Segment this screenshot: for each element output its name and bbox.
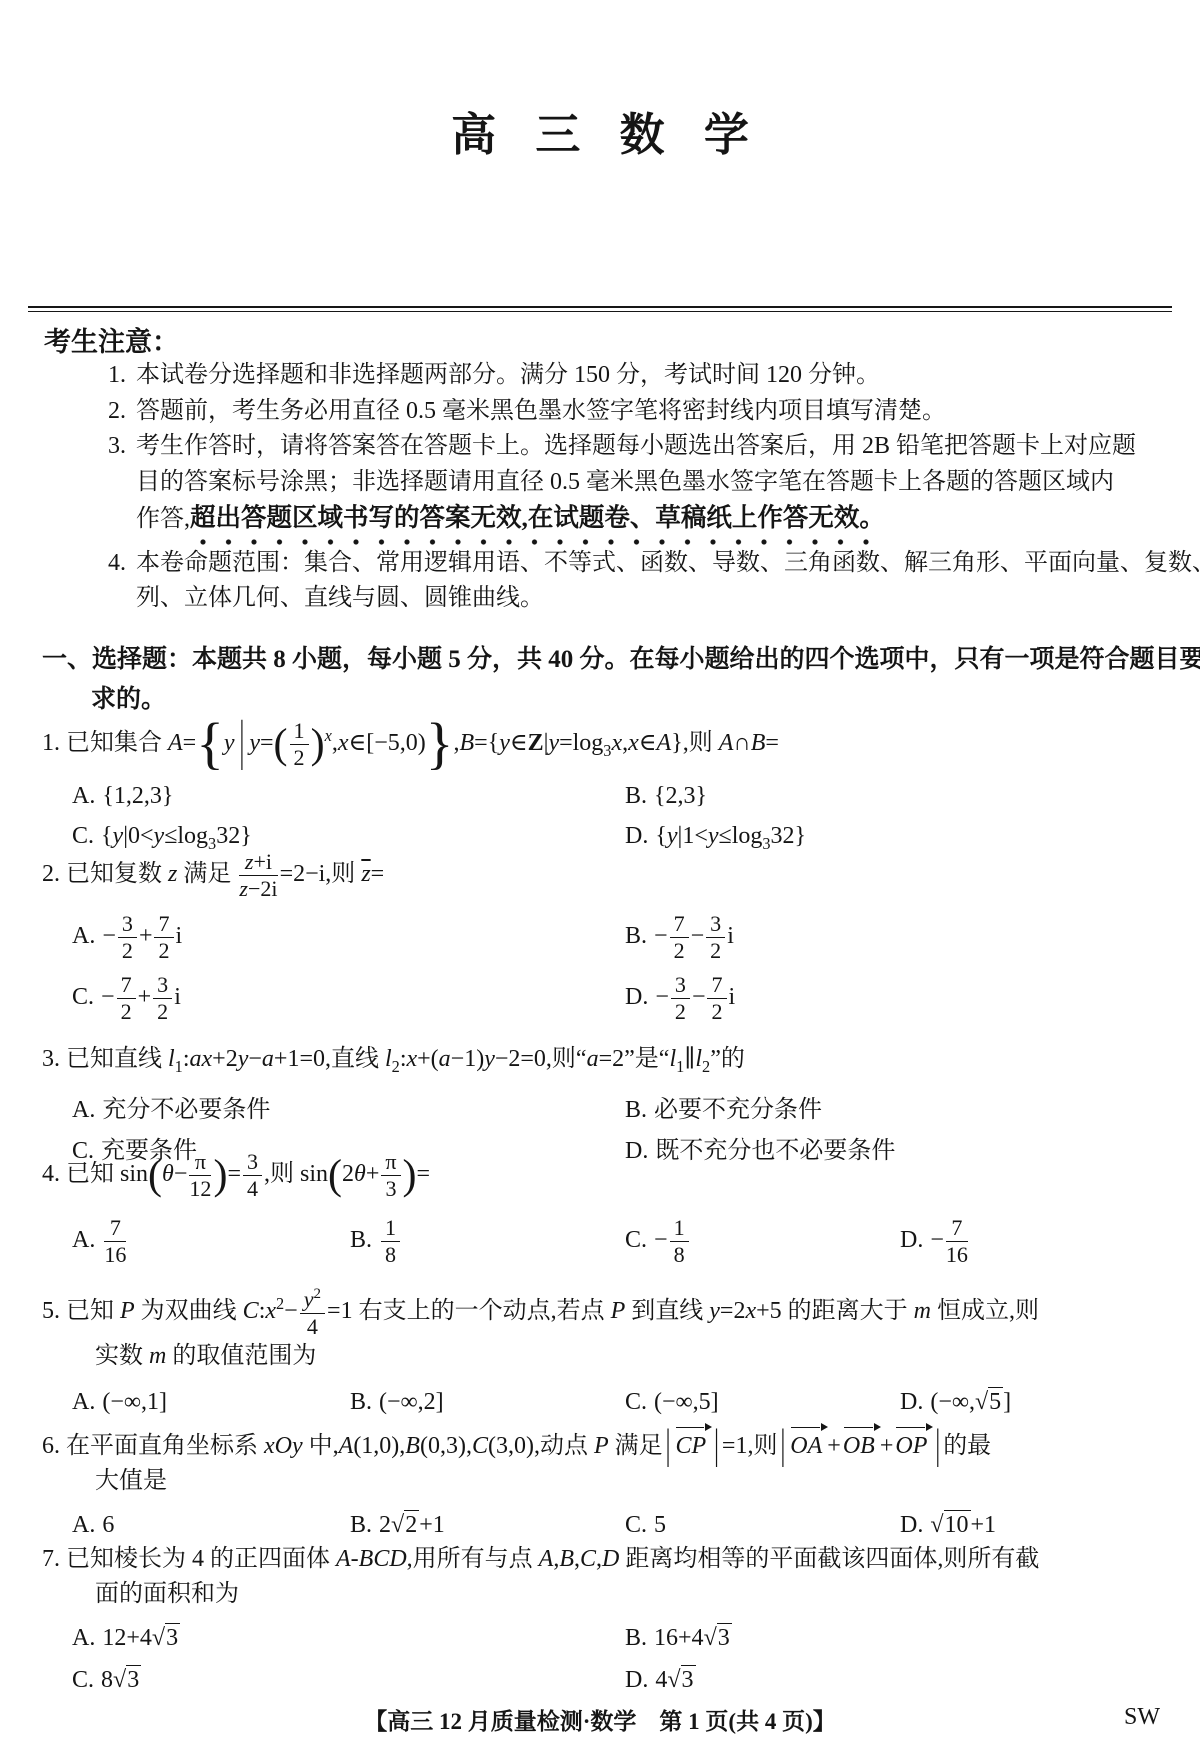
- option-label: B.: [625, 783, 647, 809]
- notice-list: 1. 本试卷分选择题和非选择题两部分。满分 150 分，考试时间 120 分钟。…: [108, 358, 1178, 617]
- option-label: D.: [900, 1512, 923, 1538]
- option-text: {y|1<y≤log332}: [655, 823, 806, 849]
- option-c: C.8√3: [72, 1662, 625, 1698]
- question-stem: 7.已知棱长为 4 的正四面体 A-BCD,用所有与点 A,B,C,D 距离均相…: [42, 1542, 1188, 1577]
- option-text: 4√3: [655, 1665, 695, 1693]
- option-label: D.: [625, 984, 648, 1010]
- notice-item-2: 2. 答题前，考生务必用直径 0.5 毫米黑色墨水签字笔将密封线内项目填写清楚。: [108, 394, 1178, 430]
- option-label: C.: [72, 1667, 94, 1693]
- notice-line: 答题前，考生务必用直径 0.5 毫米黑色墨水签字笔将密封线内项目填写清楚。: [136, 394, 1178, 430]
- question-stem: 1.已知集合 A={y|y=(12)x,x∈[−5,0)},B={y∈Z|y=l…: [42, 718, 1188, 770]
- option-a: A.充分不必要条件: [72, 1092, 625, 1128]
- option-d: D.(−∞,√5]: [900, 1384, 1188, 1420]
- option-label: B.: [625, 1625, 647, 1651]
- option-d: D.−716: [900, 1216, 1188, 1268]
- option-b: B.必要不充分条件: [625, 1092, 1188, 1128]
- question-2: 2.已知复数 z 满足 z+iz−2i=2−i,则 z= A.−32+72i B…: [42, 850, 1188, 1025]
- option-c: C.−18: [625, 1216, 900, 1268]
- option-label: A.: [72, 1389, 95, 1415]
- option-c: C.−72+32i: [72, 973, 625, 1025]
- page-footer: 【高三 12 月质量检测·数学 第 1 页(共 4 页)】: [0, 1703, 1200, 1736]
- option-text: 5: [654, 1512, 666, 1538]
- option-text: 716: [102, 1227, 128, 1253]
- option-text: 16+4√3: [654, 1623, 732, 1651]
- option-label: C.: [72, 823, 94, 849]
- option-label: C.: [625, 1227, 647, 1253]
- question-6: 6.在平面直角坐标系 xOy 中,A(1,0),B(0,3),C(3,0),动点…: [42, 1420, 1188, 1543]
- option-text: −72−32i: [654, 923, 734, 949]
- question-5: 5.已知 P 为双曲线 C:x2−y24=1 右支上的一个动点,若点 P 到直线…: [42, 1286, 1188, 1420]
- notice-item-body: 考生作答时，请将答案答在答题卡上。选择题每小题选出答案后，用 2B 铅笔把答题卡…: [136, 429, 1178, 546]
- question-stem: 4.已知 sin(θ−π12)=34,则 sin(2θ+π3)=: [42, 1150, 1188, 1202]
- option-text: 18: [379, 1227, 402, 1253]
- option-b: B.−72−32i: [625, 912, 1188, 964]
- option-b: B.{2,3}: [625, 778, 1188, 814]
- option-text: {y|0<y≤log332}: [101, 823, 252, 849]
- stem-text: 已知棱长为 4 的正四面体 A-BCD,用所有与点 A,B,C,D 距离均相等的…: [66, 1546, 1039, 1572]
- stem-text: 已知 P 为双曲线 C:x2−y24=1 右支上的一个动点,若点 P 到直线 y…: [66, 1298, 1039, 1324]
- option-text: (−∞,5]: [654, 1389, 719, 1415]
- options-grid: A.12+4√3 B.16+4√3 C.8√3 D.4√3: [72, 1620, 1188, 1698]
- option-a: A.6: [72, 1507, 350, 1543]
- notice-item-4: 4. 本卷命题范围：集合、常用逻辑用语、不等式、函数、导数、三角函数、解三角形、…: [108, 546, 1178, 617]
- question-number: 5.: [42, 1298, 60, 1324]
- question-number: 2.: [42, 861, 60, 887]
- notice-item-body: 本卷命题范围：集合、常用逻辑用语、不等式、函数、导数、三角函数、解三角形、平面向…: [136, 546, 1200, 617]
- option-label: B.: [350, 1227, 372, 1253]
- option-text: 8√3: [101, 1665, 141, 1693]
- option-label: B.: [350, 1512, 372, 1538]
- option-label: A.: [72, 1227, 95, 1253]
- option-label: C.: [72, 984, 94, 1010]
- question-stem: 3.已知直线 l1:ax+2y−a+1=0,直线 l2:x+(a−1)y−2=0…: [42, 1042, 1188, 1084]
- notice-line: 本卷命题范围：集合、常用逻辑用语、不等式、函数、导数、三角函数、解三角形、平面向…: [136, 546, 1200, 582]
- notice-item-number: 1.: [108, 358, 136, 394]
- question-number: 1.: [42, 730, 60, 756]
- section-header-line: 一、选择题：本题共 8 小题，每小题 5 分，共 40 分。在每小题给出的四个选…: [42, 640, 1182, 680]
- option-text: (−∞,√5]: [930, 1387, 1011, 1415]
- option-b: B.(−∞,2]: [350, 1384, 625, 1420]
- option-label: D.: [900, 1227, 923, 1253]
- notice-line: 目的答案标号涂黑；非选择题请用直径 0.5 毫米黑色墨水签字笔在答题卡上各题的答…: [136, 465, 1178, 501]
- notice-line: 作答,超出答题区域书写的答案无效,在试题卷、草稿纸上作答无效。: [136, 500, 1178, 546]
- option-label: B.: [350, 1389, 372, 1415]
- option-label: A.: [72, 1097, 95, 1123]
- options-grid: A.(−∞,1] B.(−∞,2] C.(−∞,5] D.(−∞,√5]: [72, 1384, 1188, 1420]
- option-b: B.18: [350, 1216, 625, 1268]
- option-text: (−∞,2]: [379, 1389, 444, 1415]
- option-text: 12+4√3: [102, 1623, 180, 1651]
- option-label: B.: [625, 923, 647, 949]
- exam-page: 高 三 数 学 考生注意： 1. 本试卷分选择题和非选择题两部分。满分 150 …: [0, 0, 1200, 1751]
- stem-text: 已知复数 z 满足 z+iz−2i=2−i,则 z=: [66, 861, 384, 887]
- option-label: B.: [625, 1097, 647, 1123]
- question-number: 6.: [42, 1433, 60, 1459]
- option-label: A.: [72, 1625, 95, 1651]
- option-d: D.−32−72i: [625, 973, 1188, 1025]
- option-label: D.: [625, 823, 648, 849]
- notice-header: 考生注意：: [44, 320, 179, 359]
- option-d: D.√10+1: [900, 1507, 1188, 1543]
- notice-item-body: 答题前，考生务必用直径 0.5 毫米黑色墨水签字笔将密封线内项目填写清楚。: [136, 394, 1178, 430]
- option-a: A.12+4√3: [72, 1620, 625, 1656]
- question-number: 4.: [42, 1161, 60, 1187]
- double-rule-divider: [28, 306, 1172, 312]
- page-title: 高 三 数 学: [0, 98, 1200, 163]
- stem-text: 已知直线 l1:ax+2y−a+1=0,直线 l2:x+(a−1)y−2=0,则…: [66, 1046, 745, 1072]
- option-text: 6: [102, 1512, 114, 1538]
- question-stem: 2.已知复数 z 满足 z+iz−2i=2−i,则 z=: [42, 850, 1188, 902]
- option-label: A.: [72, 783, 95, 809]
- notice-line: 考生作答时，请将答案答在答题卡上。选择题每小题选出答案后，用 2B 铅笔把答题卡…: [136, 429, 1178, 465]
- question-stem-continued: 大值是: [95, 1464, 1188, 1499]
- stem-text: 已知集合 A={y|y=(12)x,x∈[−5,0)},B={y∈Z|y=log…: [66, 730, 779, 756]
- options-grid: A.−32+72i B.−72−32i C.−72+32i D.−32−72i: [72, 912, 1188, 1025]
- question-1: 1.已知集合 A={y|y=(12)x,x∈[−5,0)},B={y∈Z|y=l…: [42, 718, 1188, 862]
- notice-item-number: 2.: [108, 394, 136, 430]
- option-text: 2√2+1: [379, 1510, 445, 1538]
- notice-item-number: 4.: [108, 546, 136, 582]
- question-4: 4.已知 sin(θ−π12)=34,则 sin(2θ+π3)= A.716 B…: [42, 1150, 1188, 1267]
- option-text: −716: [930, 1227, 970, 1253]
- option-label: C.: [625, 1389, 647, 1415]
- notice-line: 列、立体几何、直线与圆、圆锥曲线。: [136, 581, 1200, 617]
- question-7: 7.已知棱长为 4 的正四面体 A-BCD,用所有与点 A,B,C,D 距离均相…: [42, 1542, 1188, 1698]
- question-stem-continued: 面的面积和为: [95, 1577, 1188, 1612]
- option-label: A.: [72, 1512, 95, 1538]
- option-d: D.4√3: [625, 1662, 1188, 1698]
- option-a: A.716: [72, 1216, 350, 1268]
- notice-item-body: 本试卷分选择题和非选择题两部分。满分 150 分，考试时间 120 分钟。: [136, 358, 1178, 394]
- option-text: √10+1: [930, 1510, 996, 1538]
- question-stem: 6.在平面直角坐标系 xOy 中,A(1,0),B(0,3),C(3,0),动点…: [42, 1420, 1188, 1464]
- option-text: 充分不必要条件: [102, 1097, 270, 1123]
- option-b: B.16+4√3: [625, 1620, 1188, 1656]
- question-stem-continued: 实数 m 的取值范围为: [95, 1339, 1188, 1374]
- option-label: D.: [900, 1389, 923, 1415]
- option-a: A.(−∞,1]: [72, 1384, 350, 1420]
- option-text: (−∞,1]: [102, 1389, 167, 1415]
- option-text: −32+72i: [102, 923, 182, 949]
- option-text: −32−72i: [655, 984, 735, 1010]
- option-a: A.−32+72i: [72, 912, 625, 964]
- option-c: C.(−∞,5]: [625, 1384, 900, 1420]
- stem-text: 已知 sin(θ−π12)=34,则 sin(2θ+π3)=: [66, 1161, 430, 1187]
- question-stem: 5.已知 P 为双曲线 C:x2−y24=1 右支上的一个动点,若点 P 到直线…: [42, 1286, 1188, 1339]
- option-text: −18: [654, 1227, 691, 1253]
- question-number: 7.: [42, 1546, 60, 1572]
- notice-item-1: 1. 本试卷分选择题和非选择题两部分。满分 150 分，考试时间 120 分钟。: [108, 358, 1178, 394]
- notice-item-3: 3. 考生作答时，请将答案答在答题卡上。选择题每小题选出答案后，用 2B 铅笔把…: [108, 429, 1178, 546]
- options-grid: A.716 B.18 C.−18 D.−716: [72, 1216, 1188, 1268]
- option-b: B.2√2+1: [350, 1507, 625, 1543]
- options-grid: A.6 B.2√2+1 C.5 D.√10+1: [72, 1507, 1188, 1543]
- notice-item-number: 3.: [108, 429, 136, 465]
- stem-text: 在平面直角坐标系 xOy 中,A(1,0),B(0,3),C(3,0),动点 P…: [66, 1433, 991, 1459]
- option-text: 必要不充分条件: [654, 1097, 822, 1123]
- section-1-header: 一、选择题：本题共 8 小题，每小题 5 分，共 40 分。在每小题给出的四个选…: [42, 640, 1182, 720]
- option-label: C.: [625, 1512, 647, 1538]
- option-text: {2,3}: [654, 783, 707, 809]
- option-a: A.{1,2,3}: [72, 778, 625, 814]
- option-text: {1,2,3}: [102, 783, 173, 809]
- section-header-line: 求的。: [91, 680, 1182, 720]
- footer-code: SW: [1124, 1704, 1160, 1731]
- option-label: A.: [72, 923, 95, 949]
- option-c: C.5: [625, 1507, 900, 1543]
- notice-line: 本试卷分选择题和非选择题两部分。满分 150 分，考试时间 120 分钟。: [136, 358, 1178, 394]
- option-label: D.: [625, 1667, 648, 1693]
- option-text: −72+32i: [101, 984, 181, 1010]
- question-number: 3.: [42, 1046, 60, 1072]
